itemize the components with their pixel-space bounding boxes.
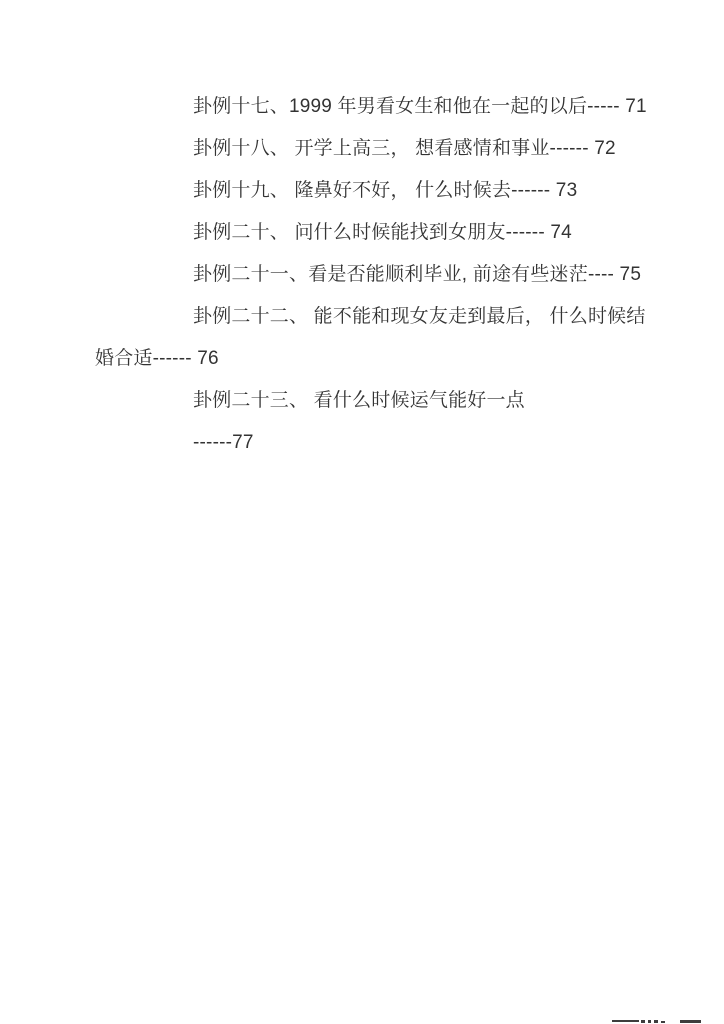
cutoff-mark <box>680 1020 701 1023</box>
toc-line: 卦例二十一、看是否能顺利毕业, 前途有些迷茫---- 75 <box>95 254 629 296</box>
toc-line: 卦例二十二、 能不能和现女友走到最后， 什么时候结 <box>95 296 629 338</box>
cutoff-mark <box>641 1020 645 1023</box>
cutoff-mark <box>661 1021 665 1023</box>
toc-line: 卦例十八、 开学上高三， 想看感情和事业------ 72 <box>95 128 629 170</box>
toc-line-page-number: ------77 <box>95 422 629 464</box>
cutoff-mark <box>612 1020 639 1022</box>
document-page: 卦例十七、1999 年男看女生和他在一起的以后----- 71 卦例十八、 开学… <box>0 0 724 1024</box>
cutoff-mark <box>654 1020 658 1023</box>
table-of-contents: 卦例十七、1999 年男看女生和他在一起的以后----- 71 卦例十八、 开学… <box>0 0 724 464</box>
cutoff-mark <box>648 1020 651 1023</box>
toc-line-continuation: 婚合适------ 76 <box>95 338 629 380</box>
toc-line: 卦例二十三、 看什么时候运气能好一点 <box>95 380 629 422</box>
toc-line: 卦例十九、 隆鼻好不好， 什么时候去------ 73 <box>95 170 629 212</box>
toc-line: 卦例二十、 问什么时候能找到女朋友------ 74 <box>95 212 629 254</box>
cutoff-text-fragment <box>612 1020 712 1024</box>
toc-line: 卦例十七、1999 年男看女生和他在一起的以后----- 71 <box>95 86 629 128</box>
